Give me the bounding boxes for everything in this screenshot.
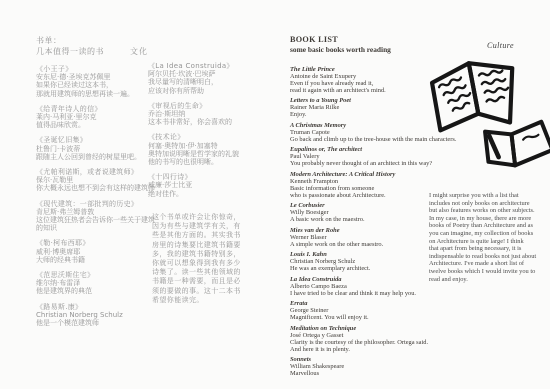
book-title: 《尤帕利诺斯，或者说建筑师》 (36, 168, 164, 176)
open-books-sketch-icon (423, 50, 550, 198)
book-author: Christian Norberg Schulz (36, 311, 164, 319)
book-title: Sonnets (290, 356, 456, 363)
book-entry: 《审视后的生命》 乔治·斯坦纳 这本书非常好，你会喜欢的 (148, 102, 268, 127)
book-note: 他是建筑界的典范 (36, 287, 164, 295)
book-note: Clarity is the courtesy of the philosoph… (290, 339, 456, 353)
book-note: 跟随主人公回到曾经的树屋里吧。 (36, 153, 164, 161)
book-title: 《La Idea Construida》 (148, 62, 268, 70)
book-entry: 《现代建筑：一部批判的历史》 肯尼斯·弗兰姆普敦 这位建筑狂热者会告诉你一些关于… (36, 200, 164, 233)
book-note: 值得品味欣赏。 (36, 121, 164, 129)
book-entry: 《路易斯.康》 Christian Norberg Schulz 他是一个模范建… (36, 303, 164, 328)
book-entry: 《La Idea Construida》 阿尔贝托·坎波·巴埃萨 我尽量写的清晰… (148, 62, 268, 95)
book-author: 威利·博奥席耶 (36, 248, 164, 256)
book-note: 大师的经典书籍 (36, 256, 164, 264)
book-entry: Meditation on Technique José Ortega y Ga… (290, 325, 456, 353)
book-note: I have tried to be clear and think it ma… (290, 290, 456, 297)
book-note: 这本书非常好，你会喜欢的 (148, 118, 268, 126)
book-note: 如果你已经读过这本书， 那就用建筑师的思想再读一遍。 (36, 81, 164, 97)
cn-book-list-2: 《La Idea Construida》 阿尔贝托·坎波·巴埃萨 我尽量写的清晰… (148, 62, 268, 198)
en-side-note: I might surprise you with a list that in… (429, 192, 536, 283)
chinese-column-2: 《La Idea Construida》 阿尔贝托·坎波·巴埃萨 我尽量写的清晰… (148, 62, 268, 205)
book-note: 我尽量写的清晰明白， 应该对你有所帮助 (148, 78, 268, 94)
book-title: 《审视后的生命》 (148, 102, 268, 110)
book-author: José Ortega y Gasset (290, 332, 456, 339)
book-entry: 《技术论》 何塞·奥特加·伊·加塞特 奥特加说明晰是哲学家的礼貌 他的书写的也很… (148, 133, 268, 166)
book-entry: 《十四行诗》 威廉·莎士比亚 绝对佳作。 (148, 173, 268, 198)
book-title: 《圣诞忆旧集》 (36, 136, 164, 144)
book-note: 这位建筑狂热者会告诉你一些关于建筑 的知识 (36, 216, 164, 232)
book-author: Alberto Campo Baeza (290, 283, 456, 290)
book-title: 《小王子》 (36, 65, 164, 73)
book-title: 《勒·柯布西耶》 (36, 239, 164, 247)
book-author: 何塞·奥特加·伊·加塞特 (148, 142, 268, 150)
book-author: 莱内·马利亚·里尔克 (36, 113, 164, 121)
book-title: 《给青年诗人的信》 (36, 105, 164, 113)
book-list-title: BOOK LIST (290, 35, 456, 45)
book-title: Meditation on Technique (290, 325, 456, 332)
book-note: 奥特加说明晰是哲学家的礼貌 他的书写的也很明晰。 (148, 150, 268, 166)
culture-label: Culture (487, 41, 514, 50)
book-note: 他是一个模范建筑师 (36, 319, 164, 327)
cn-category-label: 文化 (130, 46, 148, 57)
book-note: 你大概永远也想不到会有这样的建筑师 (36, 184, 164, 192)
book-entry: 《圣诞忆旧集》 杜鲁门·卡波蒂 跟随主人公回到曾经的树屋里吧。 (36, 136, 164, 161)
book-entry: Errata George Steiner Magnificent. You w… (290, 300, 456, 321)
book-entry: 《勒·柯布西耶》 威利·博奥席耶 大师的经典书籍 (36, 239, 164, 264)
book-author: William Shakespeare (290, 363, 456, 370)
book-note: Marvellous (290, 370, 456, 377)
book-entry: 《范思沃斯住宅》 维尔纳·布雷泽 他是建筑界的典范 (36, 271, 164, 296)
book-title: 《现代建筑：一部批判的历史》 (36, 200, 164, 208)
cn-list-label: 书单： (36, 35, 164, 46)
cn-book-list-1: 《小王子》 安东尼·德·圣埃克苏佩里 如果你已经读过这本书， 那就用建筑师的思想… (36, 65, 164, 327)
book-title: 《技术论》 (148, 133, 268, 141)
book-entry: 《小王子》 安东尼·德·圣埃克苏佩里 如果你已经读过这本书， 那就用建筑师的思想… (36, 65, 164, 98)
book-title: Errata (290, 300, 456, 307)
book-entry: 《给青年诗人的信》 莱内·马利亚·里尔克 值得品味欣赏。 (36, 105, 164, 130)
book-note: 绝对佳作。 (148, 190, 268, 198)
book-author: 杜鲁门·卡波蒂 (36, 145, 164, 153)
book-title: 《路易斯.康》 (36, 303, 164, 311)
chinese-column-1: 书单： 几本值得一读的书 《小王子》 安东尼·德·圣埃克苏佩里 如果你已经读过这… (36, 35, 164, 334)
open-books-illustration (423, 50, 550, 198)
book-author: 乔治·斯坦纳 (148, 110, 268, 118)
book-author: 肯尼斯·弗兰姆普敦 (36, 208, 164, 216)
book-note: Magnificent. You will enjoy it. (290, 314, 456, 321)
book-entry: 《尤帕利诺斯，或者说建筑师》 保尔·瓦勒里 你大概永远也想不到会有这样的建筑师 (36, 168, 164, 193)
book-author: 威廉·莎士比亚 (148, 181, 268, 189)
book-entry: Sonnets William Shakespeare Marvellous (290, 356, 456, 377)
book-author: George Steiner (290, 307, 456, 314)
cn-closing-paragraph: 这个书单或许会让你惊奇， 因为有些与建筑学有关，有 些是其他方面的。其实我书 房… (152, 213, 241, 305)
